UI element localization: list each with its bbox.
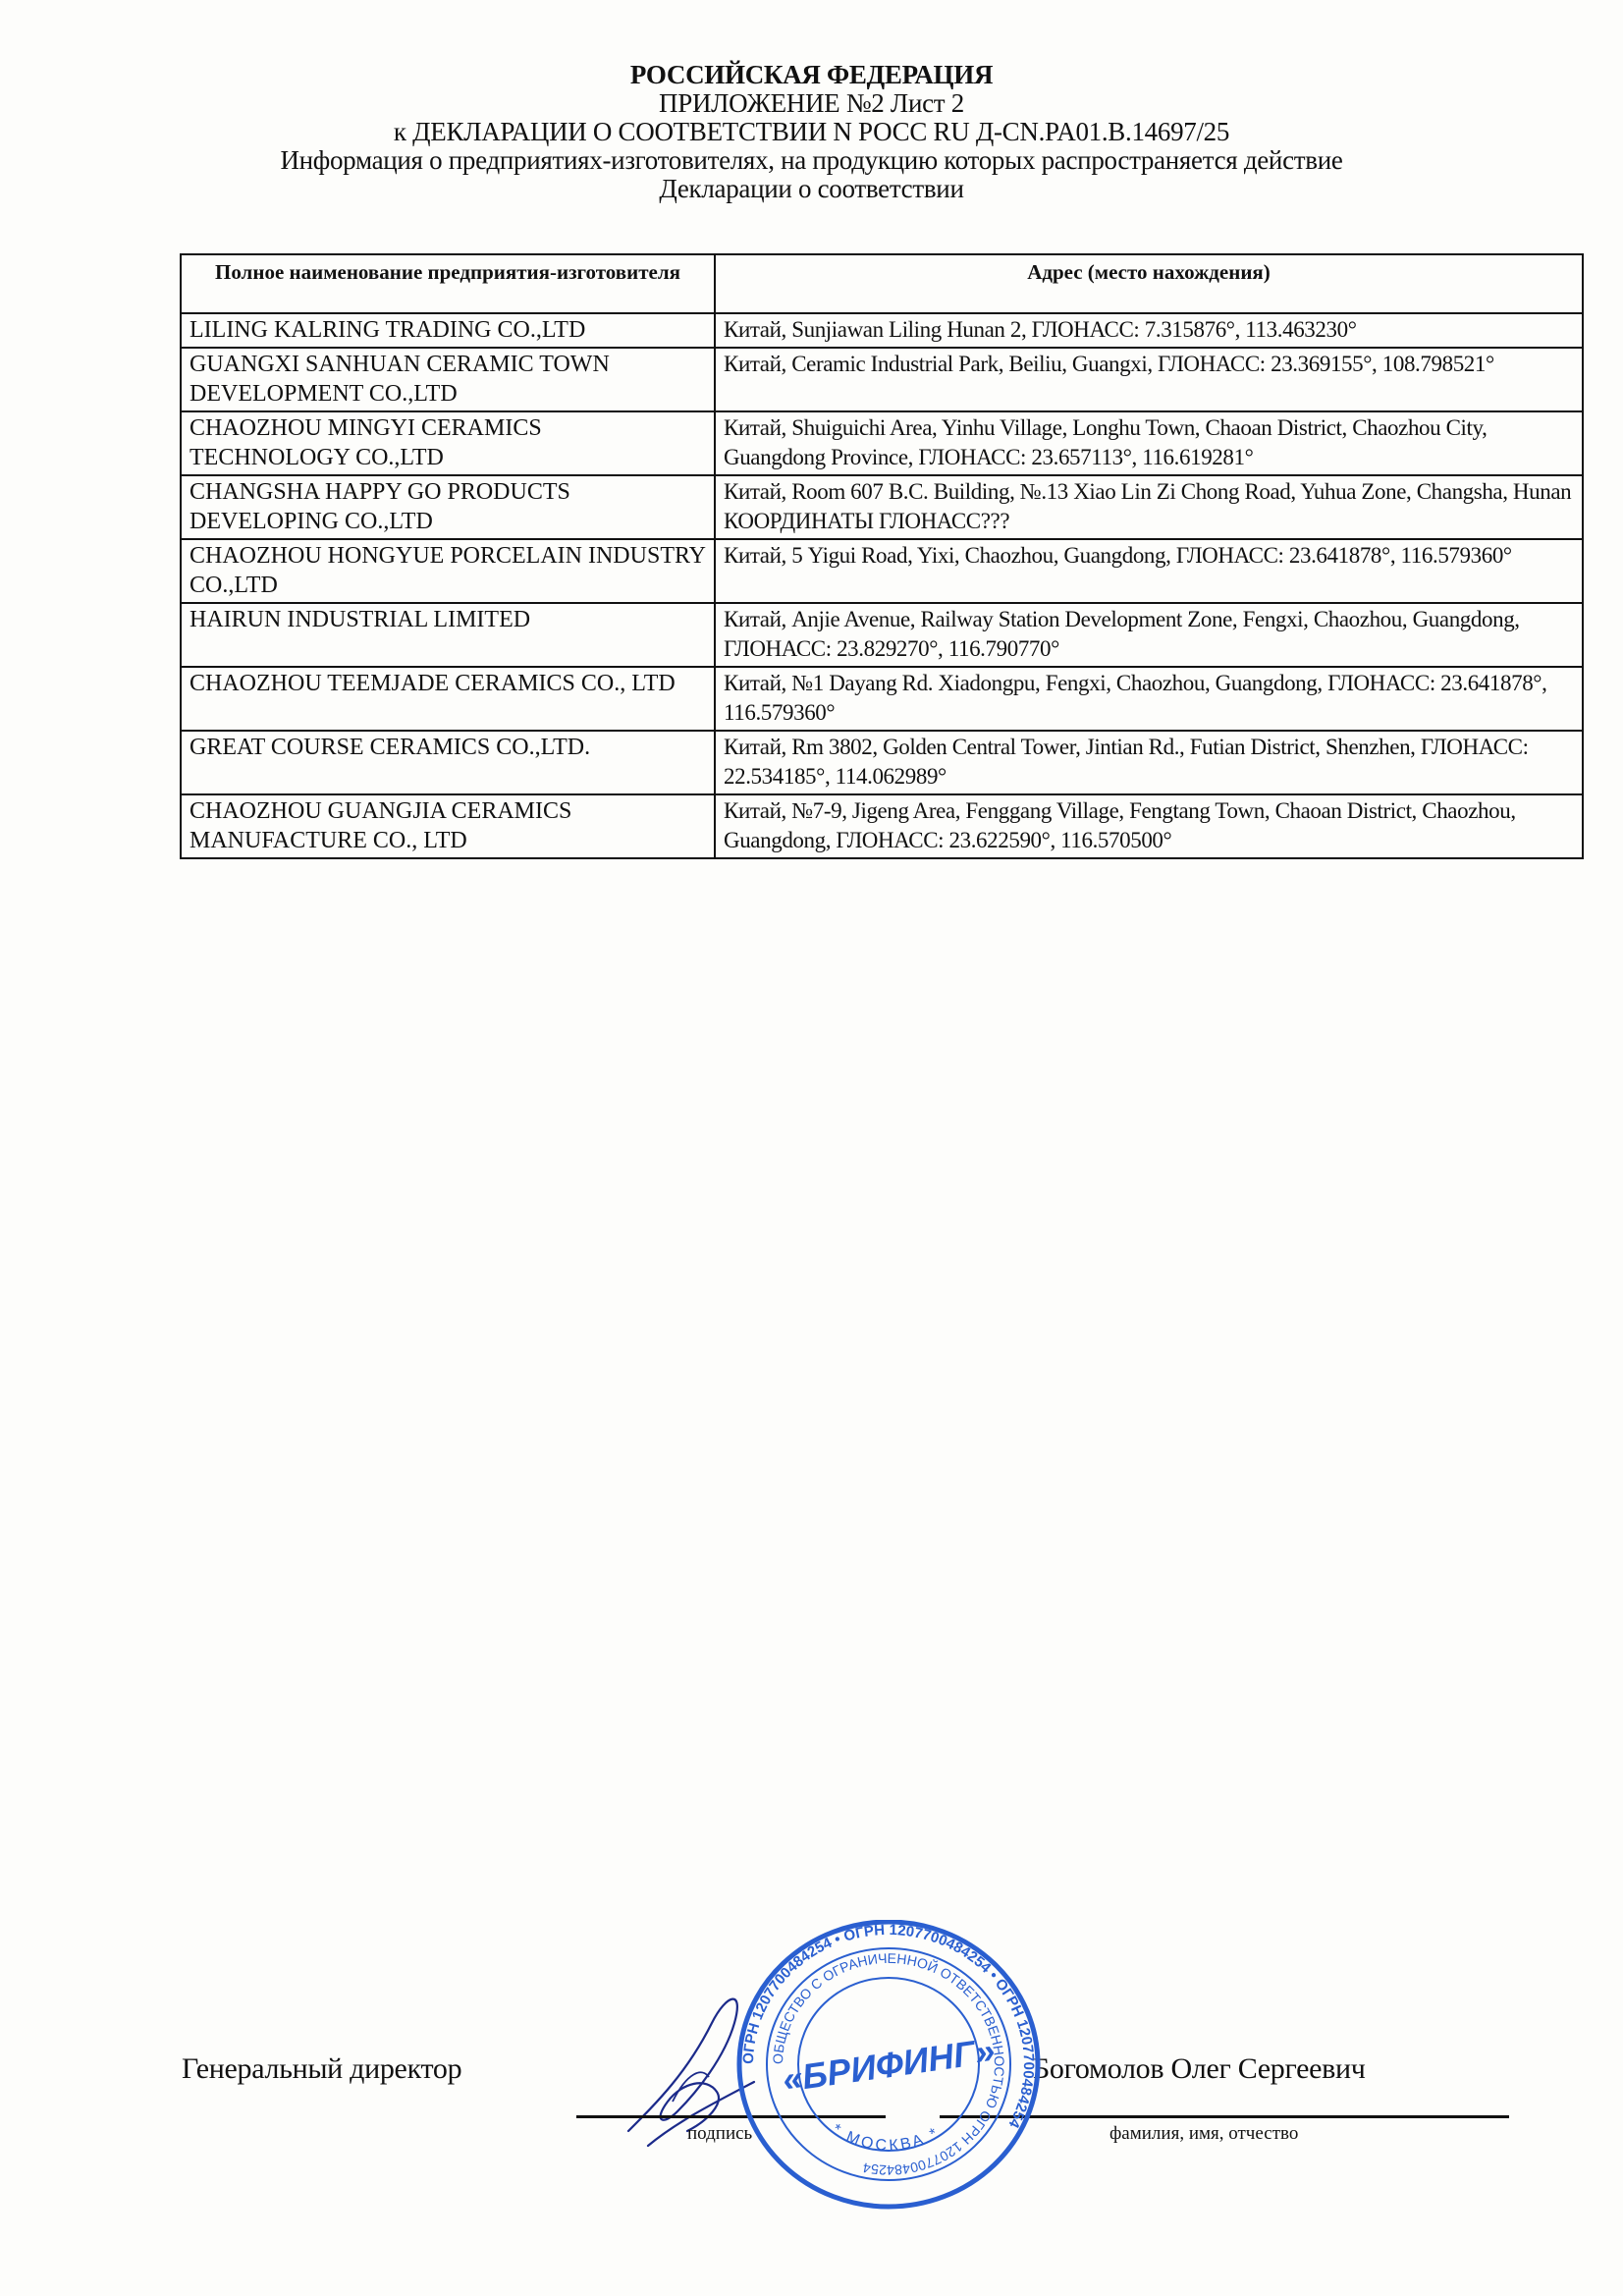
declaration-number: к ДЕКЛАРАЦИИ О СООТВЕТСТВИИ N РОСС RU Д-… [0,118,1623,146]
manufacturer-name: HAIRUN INDUSTRIAL LIMITED [181,603,715,667]
manufacturer-address: Китай, Shuiguichi Area, Yinhu Village, L… [715,411,1583,475]
manufacturer-address: Китай, Ceramic Industrial Park, Beiliu, … [715,348,1583,411]
table-row: CHAOZHOU TEEMJADE CERAMICS CO., LTDКитай… [181,667,1583,731]
signer-name: Богомолов Олег Сергеевич [1033,2052,1366,2086]
table-row: CHANGSHA HAPPY GO PRODUCTS DEVELOPING CO… [181,475,1583,539]
manufacturer-name: CHAOZHOU GUANGJIA CERAMICS MANUFACTURE C… [181,794,715,858]
country-title: РОССИЙСКАЯ ФЕДЕРАЦИЯ [0,61,1623,89]
manufacturer-address: Китай, 5 Yigui Road, Yixi, Chaozhou, Gua… [715,539,1583,603]
position-title: Генеральный директор [182,2052,461,2086]
table-row: GUANGXI SANHUAN CERAMIC TOWN DEVELOPMENT… [181,348,1583,411]
info-line-2: Декларации о соответствии [0,175,1623,203]
manufacturer-address: Китай, №7-9, Jigeng Area, Fenggang Villa… [715,794,1583,858]
svg-text:* МОСКВА *: * МОСКВА * [829,2121,943,2155]
table-row: CHAOZHOU GUANGJIA CERAMICS MANUFACTURE C… [181,794,1583,858]
name-caption: фамилия, имя, отчество [1109,2123,1298,2145]
appendix-title: ПРИЛОЖЕНИЕ №2 Лист 2 [0,89,1623,118]
table-row: LILING KALRING TRADING CO.,LTDКитай, Sun… [181,313,1583,348]
table-header-row: Полное наименование предприятия-изготови… [181,254,1583,313]
table-row: CHAOZHOU MINGYI CERAMICS TECHNOLOGY CO.,… [181,411,1583,475]
manufacturer-address: Китай, Rm 3802, Golden Central Tower, Ji… [715,731,1583,794]
info-line-1: Информация о предприятиях-изготовителях,… [0,146,1623,175]
manufacturer-name: GUANGXI SANHUAN CERAMIC TOWN DEVELOPMENT… [181,348,715,411]
manufacturer-address: Китай, Room 607 B.C. Building, №.13 Xiao… [715,475,1583,539]
stamp-seal-icon: ОГРН 1207700484254 • ОГРН 1207700484254 … [731,1920,1046,2210]
manufacturer-name: CHAOZHOU MINGYI CERAMICS TECHNOLOGY CO.,… [181,411,715,475]
table-row: GREAT COURSE CERAMICS CO.,LTD.Китай, Rm … [181,731,1583,794]
manufacturer-address: Китай, Sunjiawan Liling Hunan 2, ГЛОНАСС… [715,313,1583,348]
manufacturer-name: CHANGSHA HAPPY GO PRODUCTS DEVELOPING CO… [181,475,715,539]
manufacturer-address: Китай, Anjie Avenue, Railway Station Dev… [715,603,1583,667]
column-header-address: Адрес (место нахождения) [715,254,1583,313]
manufacturer-address: Китай, №1 Dayang Rd. Xiadongpu, Fengxi, … [715,667,1583,731]
manufacturer-name: LILING KALRING TRADING CO.,LTD [181,313,715,348]
column-header-name: Полное наименование предприятия-изготови… [181,254,715,313]
table-row: HAIRUN INDUSTRIAL LIMITEDКитай, Anjie Av… [181,603,1583,667]
svg-text:«БРИФИНГ»: «БРИФИНГ» [781,2030,998,2100]
table-row: CHAOZHOU HONGYUE PORCELAIN INDUSTRY CO.,… [181,539,1583,603]
company-stamp: ОГРН 1207700484254 • ОГРН 1207700484254 … [731,1920,1046,2210]
manufacturers-table: Полное наименование предприятия-изготови… [180,253,1584,859]
manufacturer-name: GREAT COURSE CERAMICS CO.,LTD. [181,731,715,794]
document-header: РОССИЙСКАЯ ФЕДЕРАЦИЯ ПРИЛОЖЕНИЕ №2 Лист … [0,61,1623,203]
manufacturer-name: CHAOZHOU TEEMJADE CERAMICS CO., LTD [181,667,715,731]
manufacturer-name: CHAOZHOU HONGYUE PORCELAIN INDUSTRY CO.,… [181,539,715,603]
